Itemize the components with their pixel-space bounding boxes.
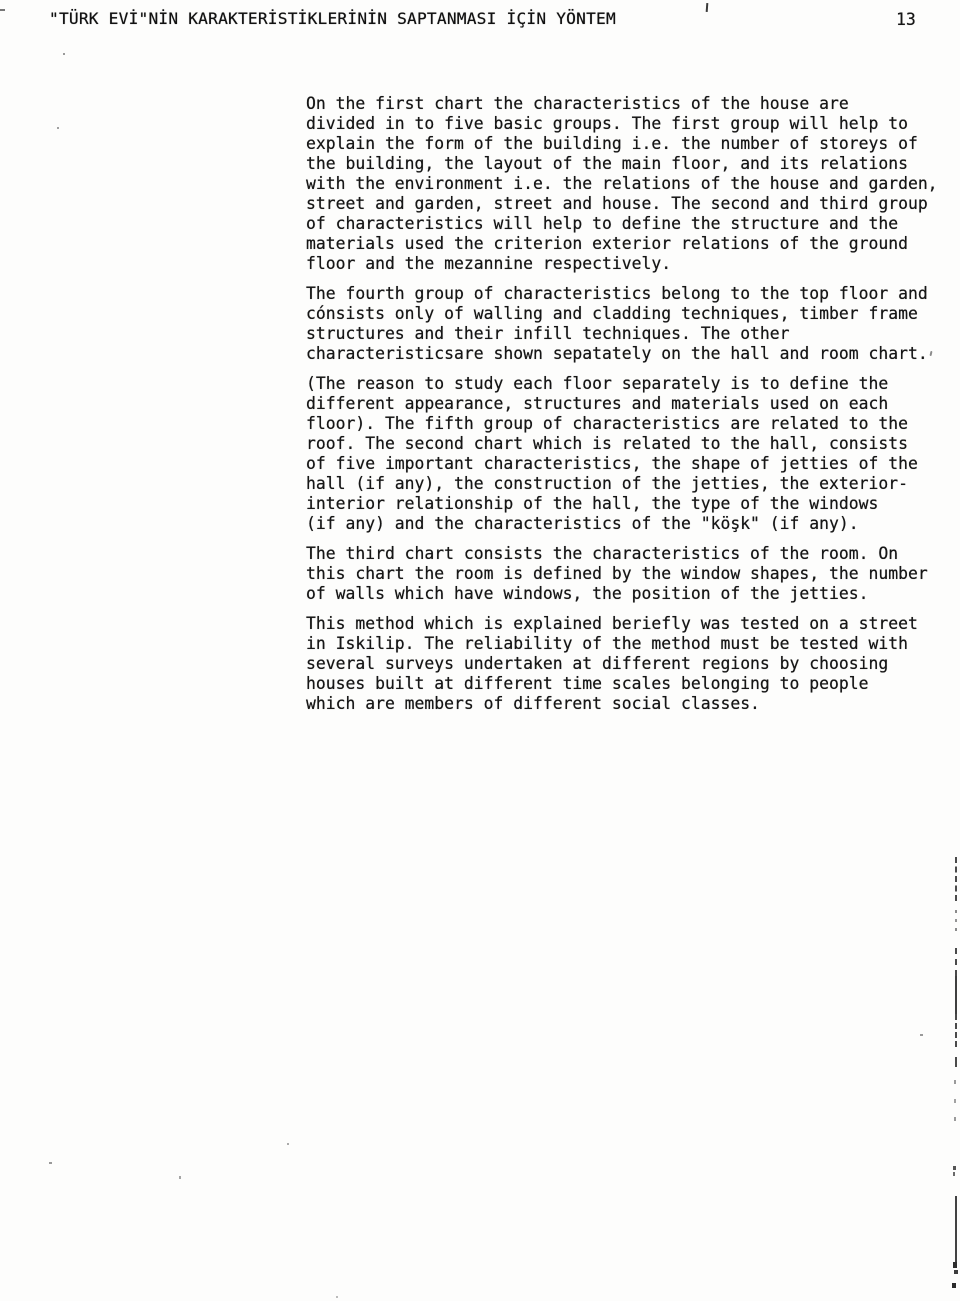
scan-artifact-edge-dot xyxy=(953,1166,956,1170)
scan-artifact-speck xyxy=(63,53,65,55)
paragraph-5: This method which is explained beriefly … xyxy=(306,614,954,714)
scan-artifact-edge-dot xyxy=(955,910,957,913)
paragraph-4: The third chart consists the characteris… xyxy=(306,544,954,604)
scan-artifact-edge-line xyxy=(955,857,957,901)
running-header-title: "TÜRK EVİ"NİN KARAKTERİSTİKLERİNİN SAPTA… xyxy=(49,9,616,28)
scan-artifact-edge-dot xyxy=(955,919,957,922)
page-number: 13 xyxy=(896,10,916,29)
scan-artifact-speck xyxy=(336,1296,338,1298)
scanned-paper-page: "TÜRK EVİ"NİN KARAKTERİSTİKLERİNİN SAPTA… xyxy=(0,0,960,1301)
paragraph-1: On the first chart the characteristics o… xyxy=(306,94,954,274)
paragraph-3: (The reason to study each floor separate… xyxy=(306,374,954,534)
scan-artifact-edge-dot xyxy=(952,1283,956,1288)
scan-artifact-edge-dot xyxy=(954,1270,958,1274)
scan-artifact-tick xyxy=(706,3,709,12)
scan-artifact-speck xyxy=(179,1176,181,1179)
body-text-column: On the first chart the characteristics o… xyxy=(306,94,954,724)
scan-artifact-edge-dot xyxy=(953,1172,955,1176)
scan-artifact-edge-line xyxy=(955,1014,957,1047)
scan-artifact-speck xyxy=(49,1162,52,1164)
scan-artifact-edge-line xyxy=(955,1057,957,1067)
scan-artifact-speck xyxy=(57,127,59,129)
scan-artifact-edge-line xyxy=(955,1196,957,1262)
scan-artifact-edge-dot xyxy=(954,1080,956,1084)
paragraph-2: The fourth group of characteristics belo… xyxy=(306,284,954,364)
scan-artifact-speck xyxy=(287,1143,289,1145)
scan-artifact-edge-dot xyxy=(954,1117,956,1121)
scan-artifact-tick xyxy=(0,9,5,11)
scan-artifact-edge-line xyxy=(955,948,957,976)
scan-artifact-edge-dot xyxy=(955,928,957,931)
scan-artifact-edge-line xyxy=(955,976,957,1014)
scan-artifact-edge-dot xyxy=(953,1262,957,1268)
scan-artifact-speck xyxy=(920,1034,923,1036)
scan-artifact-edge-dot xyxy=(954,1099,956,1103)
